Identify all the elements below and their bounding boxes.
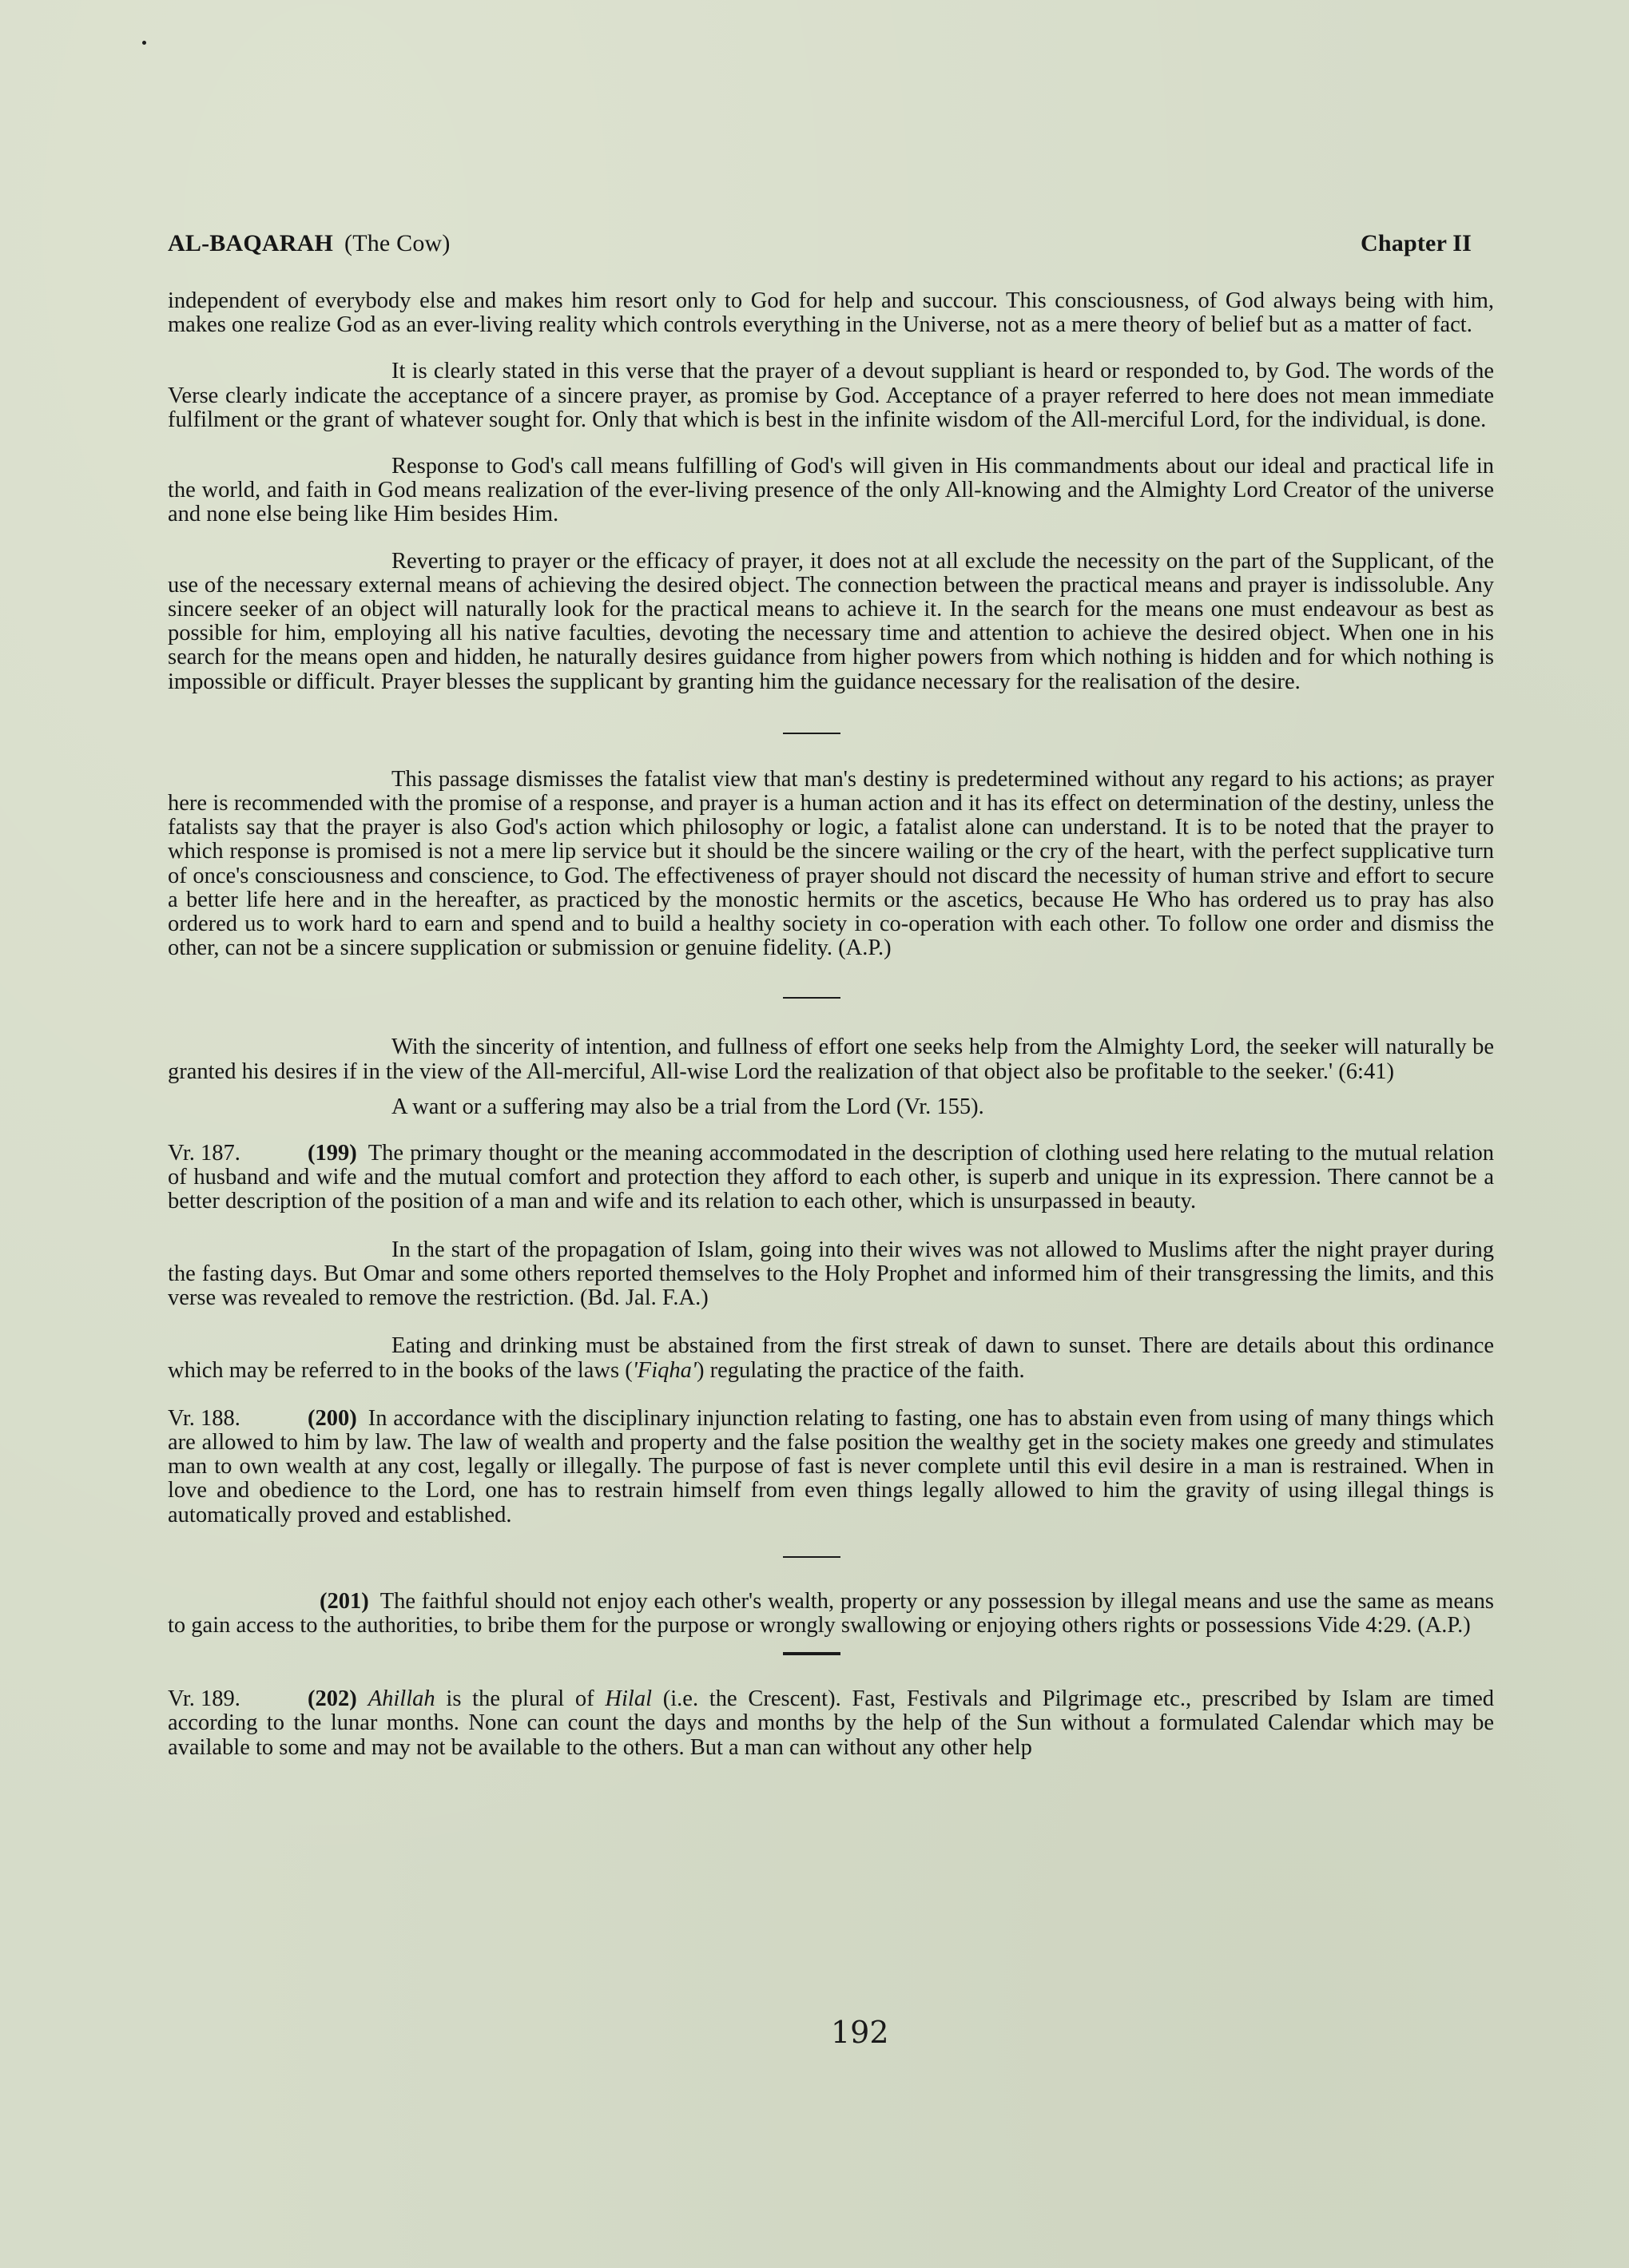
term-ahillah: Ahillah [368, 1686, 435, 1711]
verse-number: Vr. 189. [168, 1687, 308, 1711]
surah-title: AL-BAQARAH(The Cow) [168, 230, 451, 257]
term-hilal: Hilal [605, 1686, 652, 1711]
verse-note-189: Vr. 189.(202)Ahillah is the plural of Hi… [168, 1687, 1494, 1760]
note-201: (201)The faithful should not enjoy each … [168, 1590, 1494, 1638]
section-separator [783, 997, 840, 999]
separator-block [168, 997, 1494, 999]
paragraph-response-to-call: Response to God's call means fulfilling … [168, 455, 1494, 527]
verse-note-188: Vr. 188.(200)In accordance with the disc… [168, 1407, 1494, 1527]
paragraph-fatalist-view: This passage dismisses the fatalist view… [168, 768, 1494, 961]
verse-note-187: Vr. 187.(199)The primary thought or the … [168, 1142, 1494, 1214]
paragraph-sincerity-of-intention: With the sincerity of intention, and ful… [168, 1035, 1494, 1083]
note-text: The primary thought or the meaning accom… [168, 1141, 1494, 1213]
section-separator [783, 1652, 840, 1655]
note-text: In accordance with the disciplinary inju… [168, 1406, 1494, 1527]
page-number: 192 [831, 2015, 889, 2050]
note-number: (199) [308, 1141, 357, 1166]
section-separator [783, 733, 840, 734]
paragraph-efficacy-of-prayer: Reverting to prayer or the efficacy of p… [168, 550, 1494, 694]
term-fiqha: 'Fiqha' [633, 1358, 697, 1383]
ink-speck [142, 41, 146, 45]
paragraph-eating-drinking: Eating and drinking must be abstained fr… [168, 1334, 1494, 1382]
paragraph-propagation-of-islam: In the start of the propagation of Islam… [168, 1238, 1494, 1311]
section-separator [783, 1556, 840, 1558]
paragraph-trial-from-lord: A want or a suffering may also be a tria… [168, 1095, 1494, 1119]
surah-translation: (The Cow) [344, 230, 451, 256]
paragraph-prayer-heard: It is clearly stated in this verse that … [168, 359, 1494, 432]
verse-number: Vr. 187. [168, 1142, 308, 1166]
chapter-label: Chapter II [1361, 230, 1472, 257]
commentary-body: independent of everybody else and makes … [168, 289, 1494, 1760]
note-number: (200) [308, 1406, 357, 1431]
paragraph-continuation: independent of everybody else and makes … [168, 289, 1494, 337]
separator-block [168, 733, 1494, 734]
surah-name: AL-BAQARAH [168, 230, 333, 256]
separator-block [168, 1652, 1494, 1655]
separator-block [168, 1556, 1494, 1558]
running-header: AL-BAQARAH(The Cow) Chapter II [168, 230, 1472, 257]
verse-number: Vr. 188. [168, 1407, 308, 1431]
note-number: (201) [320, 1589, 369, 1614]
note-number: (202) [308, 1686, 357, 1711]
